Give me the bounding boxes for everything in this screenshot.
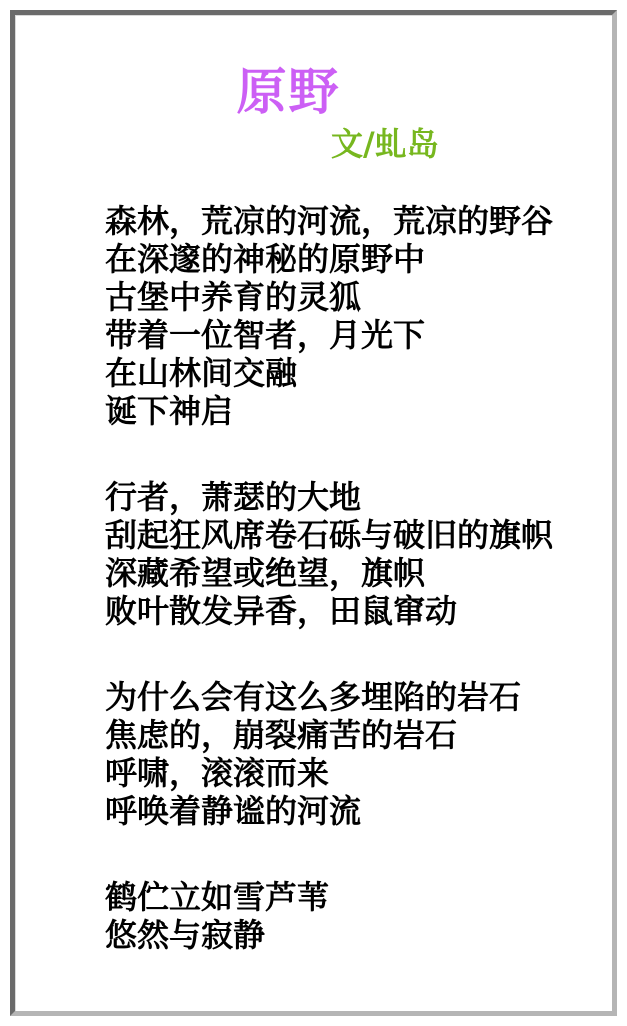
stanza: 为什么会有这么多埋陷的岩石焦虑的，崩裂痛苦的岩石呼啸，滚滚而来呼唤着静谧的河流: [105, 678, 592, 830]
poem-line: 诞下神启: [105, 392, 592, 430]
poem-line: 鹤伫立如雪芦苇: [105, 878, 592, 916]
stanza: 鹤伫立如雪芦苇悠然与寂静: [105, 878, 592, 954]
poem-line: 行者，萧瑟的大地: [105, 478, 592, 516]
poem-line: 为什么会有这么多埋陷的岩石: [105, 678, 592, 716]
poem-page-frame: 原野 文/虬岛 森林，荒凉的河流，荒凉的野谷在深邃的神秘的原野中古堡中养育的灵狐…: [10, 10, 617, 1016]
poem-line: 刮起狂风席卷石砾与破旧的旗帜: [105, 516, 592, 554]
poem-line: 在山林间交融: [105, 354, 592, 392]
poem-line: 带着一位智者，月光下: [105, 316, 592, 354]
poem-title: 原野: [15, 65, 612, 120]
poem-line: 败叶散发异香，田鼠窜动: [105, 592, 592, 630]
stanza: 森林，荒凉的河流，荒凉的野谷在深邃的神秘的原野中古堡中养育的灵狐带着一位智者，月…: [105, 202, 592, 430]
poem-line: 在深邃的神秘的原野中: [105, 240, 592, 278]
poem-line: 呼啸，滚滚而来: [105, 754, 592, 792]
poem-line: 古堡中养育的灵狐: [105, 278, 592, 316]
poem-line: 悠然与寂静: [105, 916, 592, 954]
poem-line: 深藏希望或绝望，旗帜: [105, 554, 592, 592]
poem-line: 森林，荒凉的河流，荒凉的野谷: [105, 202, 592, 240]
stanza: 行者，萧瑟的大地刮起狂风席卷石砾与破旧的旗帜深藏希望或绝望，旗帜败叶散发异香，田…: [105, 478, 592, 630]
poem-line: 焦虑的，崩裂痛苦的岩石: [105, 716, 592, 754]
poem-body: 森林，荒凉的河流，荒凉的野谷在深邃的神秘的原野中古堡中养育的灵狐带着一位智者，月…: [15, 202, 612, 954]
poem-line: 呼唤着静谧的河流: [105, 792, 592, 830]
poem-byline: 文/虬岛: [15, 126, 612, 162]
